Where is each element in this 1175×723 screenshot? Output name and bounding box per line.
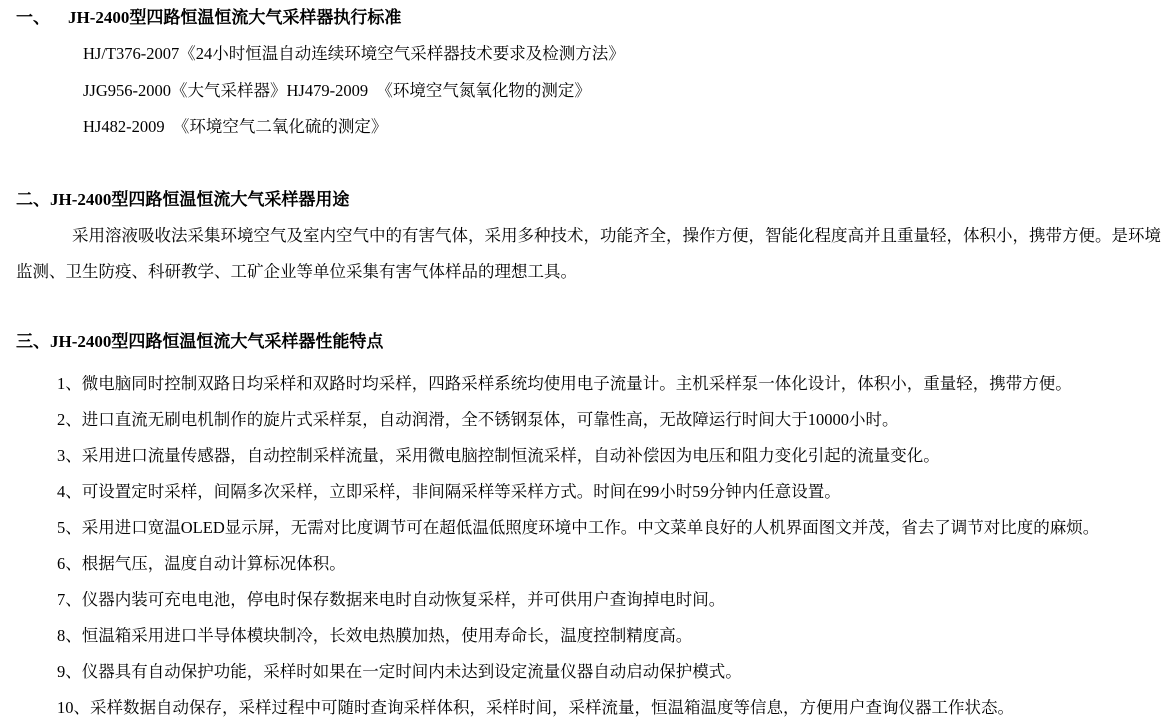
section2-heading: 二、JH-2400型四路恒温恒流大气采样器用途 xyxy=(16,182,1167,218)
feature-item-8: 8、恒温箱采用进口半导体模块制冷，长效电热膜加热，使用寿命长，温度控制精度高。 xyxy=(57,618,1167,654)
section1-number: 一、 xyxy=(16,0,68,36)
feature-item-4: 4、可设置定时采样，间隔多次采样，立即采样，非间隔采样等采样方式。时间在99小时… xyxy=(57,474,1167,510)
feature-item-3: 3、采用进口流量传感器，自动控制采样流量，采用微电脑控制恒流采样，自动补偿因为电… xyxy=(57,438,1167,474)
feature-item-6: 6、根据气压，温度自动计算标况体积。 xyxy=(57,546,1167,582)
document-page: 一、JH-2400型四路恒温恒流大气采样器执行标准 HJ/T376-2007《2… xyxy=(0,0,1175,723)
feature-item-2: 2、进口直流无刷电机制作的旋片式采样泵，自动润滑，全不锈钢泵体，可靠性高，无故障… xyxy=(57,402,1167,438)
feature-item-9: 9、仪器具有自动保护功能，采样时如果在一定时间内未达到设定流量仪器自动启动保护模… xyxy=(57,654,1167,690)
feature-item-5: 5、采用进口宽温OLED显示屏，无需对比度调节可在超低温低照度环境中工作。中文菜… xyxy=(57,510,1167,546)
section1-heading: 一、JH-2400型四路恒温恒流大气采样器执行标准 xyxy=(16,0,1167,36)
section2-paragraph: 采用溶液吸收法采集环境空气及室内空气中的有害气体，采用多种技术，功能齐全，操作方… xyxy=(16,218,1167,290)
section3-heading: 三、JH-2400型四路恒温恒流大气采样器性能特点 xyxy=(16,324,1167,360)
feature-item-1: 1、微电脑同时控制双路日均采样和双路时均采样，四路采样系统均使用电子流量计。主机… xyxy=(57,366,1167,402)
features-list: 1、微电脑同时控制双路日均采样和双路时均采样，四路采样系统均使用电子流量计。主机… xyxy=(57,366,1167,723)
feature-item-10: 10、采样数据自动保存，采样过程中可随时查询采样体积，采样时间，采样流量，恒温箱… xyxy=(57,690,1167,723)
standard-line-hj482: HJ482-2009 《环境空气二氧化硫的测定》 xyxy=(83,109,1167,146)
section1-title: JH-2400型四路恒温恒流大气采样器执行标准 xyxy=(68,8,401,27)
feature-item-7: 7、仪器内装可充电电池，停电时保存数据来电时自动恢复采样，并可供用户查询掉电时间… xyxy=(57,582,1167,618)
standards-list: HJ/T376-2007《24小时恒温自动连续环境空气采样器技术要求及检测方法》… xyxy=(83,36,1167,146)
standard-line-jjg956: JJG956-2000《大气采样器》HJ479-2009 《环境空气氮氧化物的测… xyxy=(83,73,1167,110)
standard-line-hjt376: HJ/T376-2007《24小时恒温自动连续环境空气采样器技术要求及检测方法》 xyxy=(83,36,1167,73)
